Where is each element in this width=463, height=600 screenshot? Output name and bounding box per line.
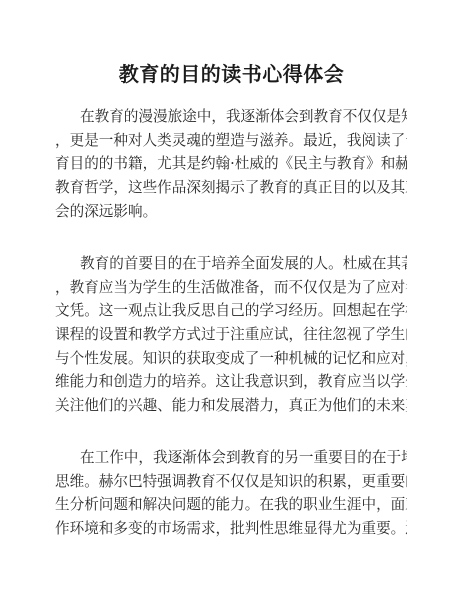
text-line: 育目的的书籍，尤其是约翰·杜威的《民主与教育》和赫尔巴特的 — [55, 152, 407, 176]
text-line: 会的深远影响。 — [55, 200, 407, 224]
text-line: 作环境和多变的市场需求，批判性思维显得尤为重要。通过不断学 — [55, 517, 407, 541]
text-line: 课程的设置和教学方式过于注重应试，往往忽视了学生的实际需求 — [55, 323, 407, 347]
text-line: 思维。赫尔巴特强调教育不仅仅是知识的积累，更重要的是培养学 — [55, 470, 407, 494]
text-line: 教育的首要目的在于培养全面发展的人。杜威在其著作中提出 — [55, 252, 407, 276]
text-line: ，更是一种对人类灵魂的塑造与滋养。最近，我阅读了一些关于教 — [55, 129, 407, 153]
text-line: 在教育的漫漫旅途中，我逐渐体会到教育不仅仅是知识的传授 — [55, 105, 407, 129]
text-line: 文凭。这一观点让我反思自己的学习经历。回想起在学校时，许多 — [55, 299, 407, 323]
text-line: 教育哲学，这些作品深刻揭示了教育的真正目的以及其对个人和社 — [55, 176, 407, 200]
paragraph-2: 教育的首要目的在于培养全面发展的人。杜威在其著作中提出 ，教育应当为学生的生活做… — [55, 252, 407, 418]
text-line: 维能力和创造力的培养。这让我意识到，教育应当以学生为中心， — [55, 370, 407, 394]
text-line: 关注他们的兴趣、能力和发展潜力，真正为他们的未来奠定基础。 — [55, 394, 407, 418]
text-line: ，教育应当为学生的生活做准备，而不仅仅是为了应对考试或获取 — [55, 276, 407, 300]
paragraph-3: 在工作中，我逐渐体会到教育的另一重要目的在于培养批判性 思维。赫尔巴特强调教育不… — [55, 446, 407, 541]
document-title: 教育的目的读书心得体会 — [0, 58, 463, 87]
text-line: 在工作中，我逐渐体会到教育的另一重要目的在于培养批判性 — [55, 446, 407, 470]
paragraph-1: 在教育的漫漫旅途中，我逐渐体会到教育不仅仅是知识的传授 ，更是一种对人类灵魂的塑… — [55, 105, 407, 223]
text-line: 生分析问题和解决问题的能力。在我的职业生涯中，面对复杂的工 — [55, 493, 407, 517]
text-line: 与个性发展。知识的获取变成了一种机械的记忆和应对，而非对思 — [55, 347, 407, 371]
